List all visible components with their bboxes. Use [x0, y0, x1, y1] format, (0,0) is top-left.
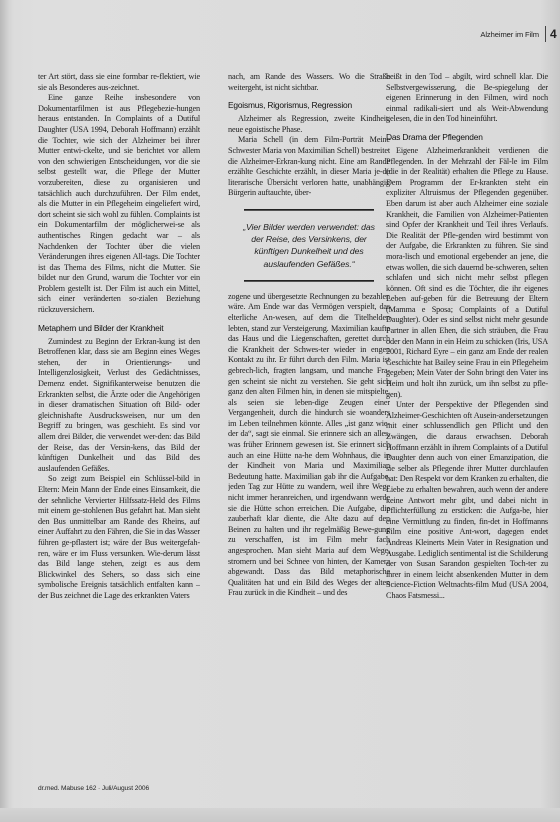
section-heading-caregivers: Das Drama der Pflegenden: [386, 132, 548, 143]
page-bottom-edge: [0, 808, 560, 822]
column-right: heißt in den Tod – abgilt, wird schnell …: [386, 72, 548, 744]
section-heading-metaphors: Metaphern und Bilder der Krankheit: [38, 323, 200, 334]
paragraph: Alzheimer als Regression, zweite Kindhei…: [228, 114, 390, 135]
column-left: ter Art stört, dass sie eine formbar re-…: [38, 72, 200, 772]
pull-quote: „Vier Bilder werden verwendet: das der R…: [228, 209, 390, 282]
paragraph: Eine ganze Reihe insbesondere von Dokume…: [38, 93, 200, 315]
pull-quote-rule-bottom: [244, 280, 374, 282]
page-number: 4: [550, 27, 560, 41]
paragraph: Unter der Perspektive der Pflegenden sin…: [386, 400, 548, 601]
page-header: Alzheimer im Film 4: [480, 26, 560, 42]
paragraph: Zumindest zu Beginn der Erkran-kung ist …: [38, 337, 200, 475]
page-footer: dr.med. Mabuse 162 · Juli/August 2006: [38, 785, 149, 792]
paragraph: ter Art stört, dass sie eine formbar re-…: [38, 72, 200, 93]
running-title: Alzheimer im Film: [480, 30, 539, 39]
paragraph: zogene und übergesetzte Rechnungen zu be…: [228, 292, 390, 599]
section-heading-egoism: Egoismus, Rigorismus, Regression: [228, 100, 390, 111]
paragraph: Eigene Alzheimerkrankheit verdienen die …: [386, 146, 548, 400]
paragraph: Maria Schell (in dem Film-Porträt Meine …: [228, 135, 390, 199]
paragraph: heißt in den Tod – abgilt, wird schnell …: [386, 72, 548, 125]
paragraph: nach, am Rande des Wassers. Wo die Straß…: [228, 72, 390, 93]
magazine-page: Alzheimer im Film 4 ter Art stört, dass …: [0, 0, 560, 822]
paragraph: So zeigt zum Beispiel ein Schlüssel-bild…: [38, 474, 200, 601]
column-middle: nach, am Rande des Wassers. Wo die Straß…: [228, 72, 390, 772]
header-divider: [545, 26, 546, 42]
pull-quote-rule-top: [244, 209, 374, 211]
pull-quote-text: „Vier Bilder werden verwendet: das der R…: [236, 221, 382, 270]
page-binding-edge: [0, 0, 10, 822]
